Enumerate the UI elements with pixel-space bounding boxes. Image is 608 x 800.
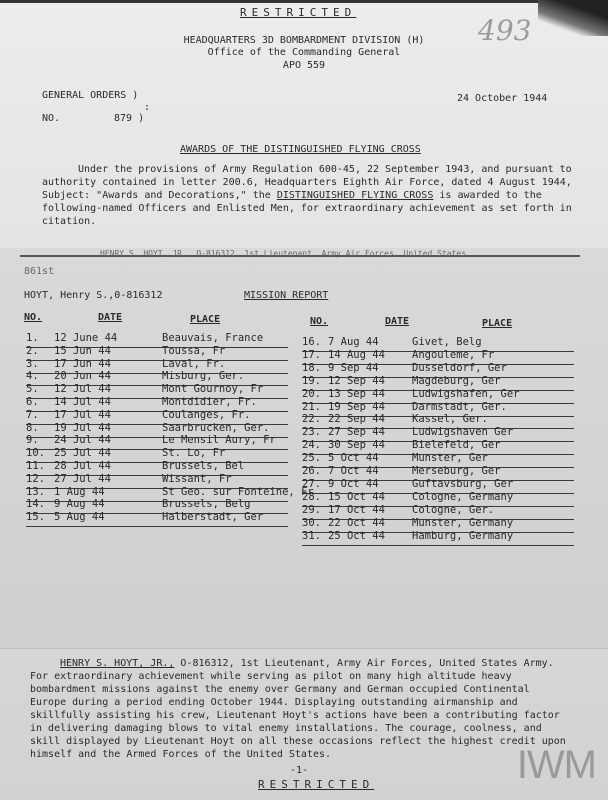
mission-no: 2.: [26, 345, 39, 357]
mission-no: 17.: [302, 349, 321, 361]
order-date: 24 October 1944: [457, 93, 547, 104]
mission-no: 28.: [302, 491, 321, 503]
header-line-2: Office of the Commanding General: [0, 47, 608, 58]
mission-date: 19 Sep 44: [328, 401, 385, 413]
mission-place: Cologne, Ger.: [412, 504, 494, 516]
mission-no: 31.: [302, 530, 321, 542]
mission-place: St Geo. sur Fonteine, Fr: [162, 486, 314, 498]
mission-no: 23.: [302, 426, 321, 438]
mission-place: Bielefeld, Ger: [412, 439, 501, 451]
mission-no: 29.: [302, 504, 321, 516]
mission-place: Ludwigshafen, Ger: [412, 388, 519, 400]
page-edge: [0, 0, 560, 3]
mission-date: 24 Jul 44: [54, 434, 111, 446]
mission-no: 27.: [302, 478, 321, 490]
mission-date: 20 Jun 44: [54, 370, 111, 382]
mission-no: 1.: [26, 332, 39, 344]
mission-date: 22 Oct 44: [328, 517, 385, 529]
mission-date: 14 Aug 44: [328, 349, 385, 361]
mission-no: 5.: [26, 383, 39, 395]
mission-place: Guftavsburg, Ger: [412, 478, 513, 490]
mission-date: 5 Aug 44: [54, 511, 105, 523]
colon: :: [144, 102, 150, 113]
mission-date: 25 Jul 44: [54, 447, 111, 459]
mission-place: Wissant, Fr: [162, 473, 232, 485]
mission-date: 12 Sep 44: [328, 375, 385, 387]
mission-place: Merseburg, Ger: [412, 465, 501, 477]
mission-no: 25.: [302, 452, 321, 464]
mission-place: Munster, Ger: [412, 452, 488, 464]
person-name: HOYT, Henry S.,0-816312: [24, 290, 162, 301]
mission-place: Kassel, Ger.: [412, 413, 488, 425]
mission-date: 9 Aug 44: [54, 498, 105, 510]
mission-no: 18.: [302, 362, 321, 374]
mission-date: 27 Sep 44: [328, 426, 385, 438]
mission-no: 11.: [26, 460, 45, 472]
document-title: AWARDS OF THE DISTINGUISHED FLYING CROSS: [180, 144, 421, 155]
mission-no: 22.: [302, 413, 321, 425]
mission-place: Saarbrucken, Ger.: [162, 422, 269, 434]
mission-date: 25 Oct 44: [328, 530, 385, 542]
col-header-date-left: DATE: [98, 312, 122, 323]
header-line-3: APO 559: [0, 60, 608, 71]
no-label: NO.: [42, 113, 60, 124]
mission-no: 26.: [302, 465, 321, 477]
col-header-place-right: PLACE: [482, 318, 512, 329]
mission-place: Montdidier, Fr.: [162, 396, 257, 408]
order-number: 879 ): [114, 113, 144, 124]
col-header-date-right: DATE: [385, 316, 409, 327]
mission-place: Halberstadt, Ger: [162, 511, 263, 523]
mission-place: Toussa, Fr: [162, 345, 225, 357]
col-header-place-left: PLACE: [190, 314, 220, 325]
mission-place: Angouleme, Fr: [412, 349, 494, 361]
mission-row: 31.25 Oct 44Hamburg, Germany: [302, 530, 574, 546]
mission-date: 13 Sep 44: [328, 388, 385, 400]
mission-place: Dusseldorf, Ger: [412, 362, 507, 374]
mission-date: 12 Jul 44: [54, 383, 111, 395]
mission-no: 21.: [302, 401, 321, 413]
mission-date: 9 Sep 44: [328, 362, 379, 374]
mission-no: 9.: [26, 434, 39, 446]
mission-place: Laval, Fr.: [162, 358, 225, 370]
mission-date: 7 Oct 44: [328, 465, 379, 477]
header-line-1: HEADQUARTERS 3D BOMBARDMENT DIVISION (H): [0, 35, 608, 46]
mission-date: 15 Jun 44: [54, 345, 111, 357]
classification-top: RESTRICTED: [240, 6, 356, 19]
mission-place: Munster, Germany: [412, 517, 513, 529]
mission-place: St. Lo, Fr: [162, 447, 225, 459]
mission-no: 6.: [26, 396, 39, 408]
citation-name: HENRY S. HOYT, JR.,: [60, 658, 174, 669]
col-header-no-left: NO.: [24, 312, 42, 323]
award-name: DISTINGUISHED FLYING CROSS: [277, 190, 434, 201]
mission-date: 9 Oct 44: [328, 478, 379, 490]
mission-place: Beauvais, France: [162, 332, 263, 344]
mission-no: 3.: [26, 358, 39, 370]
iwm-watermark: IWM: [517, 743, 596, 788]
mission-no: 12.: [26, 473, 45, 485]
mission-no: 19.: [302, 375, 321, 387]
mission-place: Misburg, Ger.: [162, 370, 244, 382]
mission-place: Cologne, Germany: [412, 491, 513, 503]
mission-date: 22 Sep 44: [328, 413, 385, 425]
mission-date: 5 Oct 44: [328, 452, 379, 464]
intro-paragraph: Under the provisions of Army Regulation …: [42, 163, 577, 228]
general-orders-label: GENERAL ORDERS ): [42, 90, 138, 101]
page-number: -1-: [290, 765, 308, 776]
mission-date: 1 Aug 44: [54, 486, 105, 498]
mission-place: Hamburg, Germany: [412, 530, 513, 542]
mission-place: Givet, Belg: [412, 336, 482, 348]
unit-label: 861st: [24, 266, 54, 277]
mission-no: 14.: [26, 498, 45, 510]
mission-no: 30.: [302, 517, 321, 529]
mission-date: 17 Oct 44: [328, 504, 385, 516]
mission-no: 8.: [26, 422, 39, 434]
mission-place: Brussels, Belg: [162, 498, 251, 510]
folded-corner: [538, 0, 608, 36]
mission-place: Coulanges, Fr.: [162, 409, 251, 421]
struck-line-text: HENRY S. HOYT, JR., O-816312, 1st Lieute…: [100, 249, 466, 258]
mission-no: 4.: [26, 370, 39, 382]
mission-place: Ludwigshaven Ger: [412, 426, 513, 438]
mission-place: Brussels, Bel: [162, 460, 244, 472]
mission-no: 13.: [26, 486, 45, 498]
report-title: MISSION REPORT: [244, 290, 328, 301]
mission-no: 20.: [302, 388, 321, 400]
mission-row: 15.5 Aug 44Halberstadt, Ger: [26, 511, 288, 527]
mission-date: 14 Jul 44: [54, 396, 111, 408]
mission-date: 12 June 44: [54, 332, 117, 344]
mission-place: Magdeburg, Ger: [412, 375, 501, 387]
mission-date: 30 Sep 44: [328, 439, 385, 451]
citation-paragraph: HENRY S. HOYT, JR., O-816312, 1st Lieute…: [30, 657, 570, 761]
mission-date: 17 Jul 44: [54, 409, 111, 421]
classification-bottom: RESTRICTED: [258, 778, 374, 791]
mission-place: Mont Gournoy, Fr: [162, 383, 263, 395]
mission-date: 17 Jun 44: [54, 358, 111, 370]
mission-place: Darmstadt, Ger.: [412, 401, 507, 413]
mission-no: 15.: [26, 511, 45, 523]
mission-date: 15 Oct 44: [328, 491, 385, 503]
mission-date: 7 Aug 44: [328, 336, 379, 348]
mission-date: 28 Jul 44: [54, 460, 111, 472]
mission-date: 19 Jul 44: [54, 422, 111, 434]
citation-text: O-816312, 1st Lieutenant, Army Air Force…: [30, 658, 566, 760]
mission-date: 27 Jul 44: [54, 473, 111, 485]
col-header-no-right: NO.: [310, 316, 328, 327]
mission-no: 24.: [302, 439, 321, 451]
mission-no: 7.: [26, 409, 39, 421]
mission-no: 16.: [302, 336, 321, 348]
mission-no: 10.: [26, 447, 45, 459]
mission-place: Le Mensil Aury, Fr: [162, 434, 276, 446]
